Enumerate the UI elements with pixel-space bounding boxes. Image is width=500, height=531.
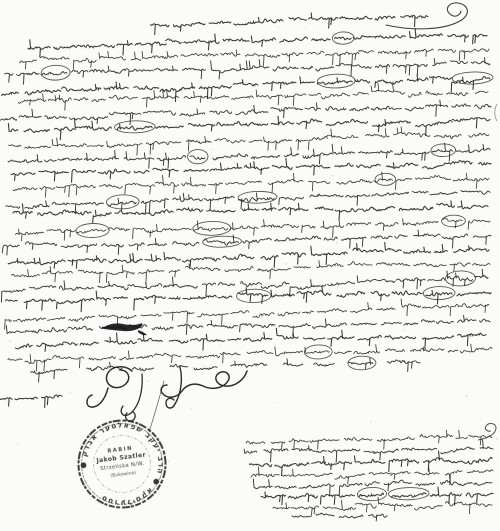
ink-stroke	[253, 473, 492, 497]
speckle	[277, 220, 278, 221]
handwriting-line	[150, 10, 428, 35]
ink-stroke	[8, 110, 490, 144]
ink-stroke	[6, 314, 490, 344]
speckle	[375, 479, 377, 481]
handwriting-line	[292, 512, 387, 522]
ink-stroke	[13, 168, 489, 199]
handwriting-line	[253, 473, 492, 497]
handwriting-line	[6, 185, 491, 217]
scanned-letter-page: ● סטרעליסקא ● הרב יעקב שפאלטער אבדק RABI…	[0, 0, 500, 531]
speckle	[487, 245, 488, 246]
ink-stroke	[246, 429, 492, 452]
speckle	[441, 139, 442, 140]
ink-blot	[102, 323, 148, 335]
circled-word	[106, 194, 139, 209]
signature-stroke	[87, 367, 132, 407]
speckle	[9, 340, 11, 342]
ink-stroke	[1, 71, 490, 107]
handwriting-line	[1, 70, 493, 107]
speckle	[348, 133, 350, 135]
speckle	[337, 140, 339, 142]
speckle	[99, 523, 100, 524]
speckle	[228, 404, 229, 405]
speckle	[429, 378, 431, 380]
speckle	[244, 245, 245, 246]
speckle	[281, 294, 283, 296]
handwriting-line	[1, 269, 489, 304]
speckle	[483, 226, 484, 227]
speckle	[104, 240, 106, 242]
handwriting-line	[28, 27, 488, 58]
speckle	[191, 408, 192, 409]
speckle	[294, 405, 295, 406]
speckle	[466, 395, 468, 397]
stamp-line-region: (Bukowina)	[110, 470, 136, 479]
signature-stroke	[161, 371, 247, 397]
speckle	[28, 414, 29, 415]
handwriting-line	[5, 283, 491, 314]
speckle	[199, 80, 200, 81]
speckle	[146, 23, 148, 25]
ink-stroke	[5, 283, 491, 314]
ink-stroke	[31, 356, 421, 382]
ink-stroke	[8, 342, 493, 372]
speckle	[413, 336, 414, 337]
speckle	[483, 273, 484, 274]
handwriting-line	[261, 485, 493, 510]
speckle	[251, 113, 252, 114]
speckle	[333, 266, 334, 267]
speckle	[69, 392, 70, 393]
speckle	[467, 214, 468, 215]
speckle	[163, 279, 164, 280]
speckle	[224, 180, 225, 181]
ink-stroke	[6, 185, 491, 217]
ink-stroke	[28, 27, 488, 58]
scan-artifact	[495, 104, 497, 121]
ink-stroke	[150, 10, 428, 35]
speckle	[203, 365, 204, 366]
speckle	[358, 421, 359, 422]
signature-stroke	[166, 367, 181, 408]
manuscript-canvas: ● סטרעליסקא ● הרב יעקב שפאלטער אבדק RABI…	[0, 0, 500, 531]
speckle	[5, 401, 7, 403]
ink-stroke	[244, 439, 493, 464]
handwriting-line	[246, 429, 492, 452]
handwriting-line	[8, 110, 490, 144]
speckle	[168, 383, 169, 384]
circled-word	[445, 271, 475, 287]
speckle	[13, 39, 14, 40]
speckle	[332, 174, 334, 176]
speckle	[255, 125, 256, 126]
speckle	[211, 149, 213, 151]
speckle	[78, 253, 80, 255]
speckle	[370, 421, 372, 423]
speckle	[301, 370, 303, 372]
speckle	[397, 308, 398, 309]
ink-stroke	[292, 512, 387, 522]
speckle	[0, 431, 1, 432]
speckle	[285, 263, 287, 265]
handwriting-line	[6, 314, 490, 344]
speckle	[402, 330, 404, 332]
rabbi-stamp: ● סטרעליסקא ● הרב יעקב שפאלטער אבדק RABI…	[73, 415, 170, 512]
speckle	[256, 358, 257, 359]
speckle	[65, 140, 66, 141]
handwriting-line	[11, 153, 491, 184]
speckle	[147, 380, 149, 382]
ink-stroke	[11, 153, 491, 184]
speckle	[496, 438, 498, 440]
speckle	[336, 242, 338, 244]
speckle	[197, 234, 198, 235]
speckle	[303, 116, 304, 117]
handwriting-line	[2, 228, 491, 259]
speckle	[219, 344, 221, 346]
handwriting-line	[11, 256, 490, 286]
speckle	[382, 78, 384, 80]
speckle	[449, 101, 451, 103]
signature-stroke	[121, 374, 142, 421]
handwriting-line	[31, 355, 421, 382]
handwriting-line	[13, 168, 489, 199]
handwriting-body	[0, 10, 493, 523]
ink-stroke	[1, 269, 489, 304]
speckle	[137, 333, 138, 334]
speckle	[18, 442, 19, 443]
speckle	[197, 354, 198, 355]
speckle	[277, 402, 278, 403]
speckle	[168, 461, 169, 462]
speckle	[305, 27, 307, 29]
ink-stroke	[2, 228, 491, 259]
ink-stroke	[261, 486, 493, 510]
ink-stroke	[11, 256, 490, 286]
ink-stroke	[0, 395, 62, 409]
handwriting-line	[19, 41, 489, 75]
circled-word	[238, 191, 277, 204]
speckle	[84, 266, 85, 267]
ink-stroke	[19, 41, 489, 75]
speckle	[277, 26, 279, 28]
handwriting-line	[0, 395, 62, 409]
handwriting-line	[244, 439, 493, 464]
speckle	[102, 239, 103, 240]
signature-pen-tail	[149, 381, 164, 432]
speckle	[357, 133, 358, 134]
